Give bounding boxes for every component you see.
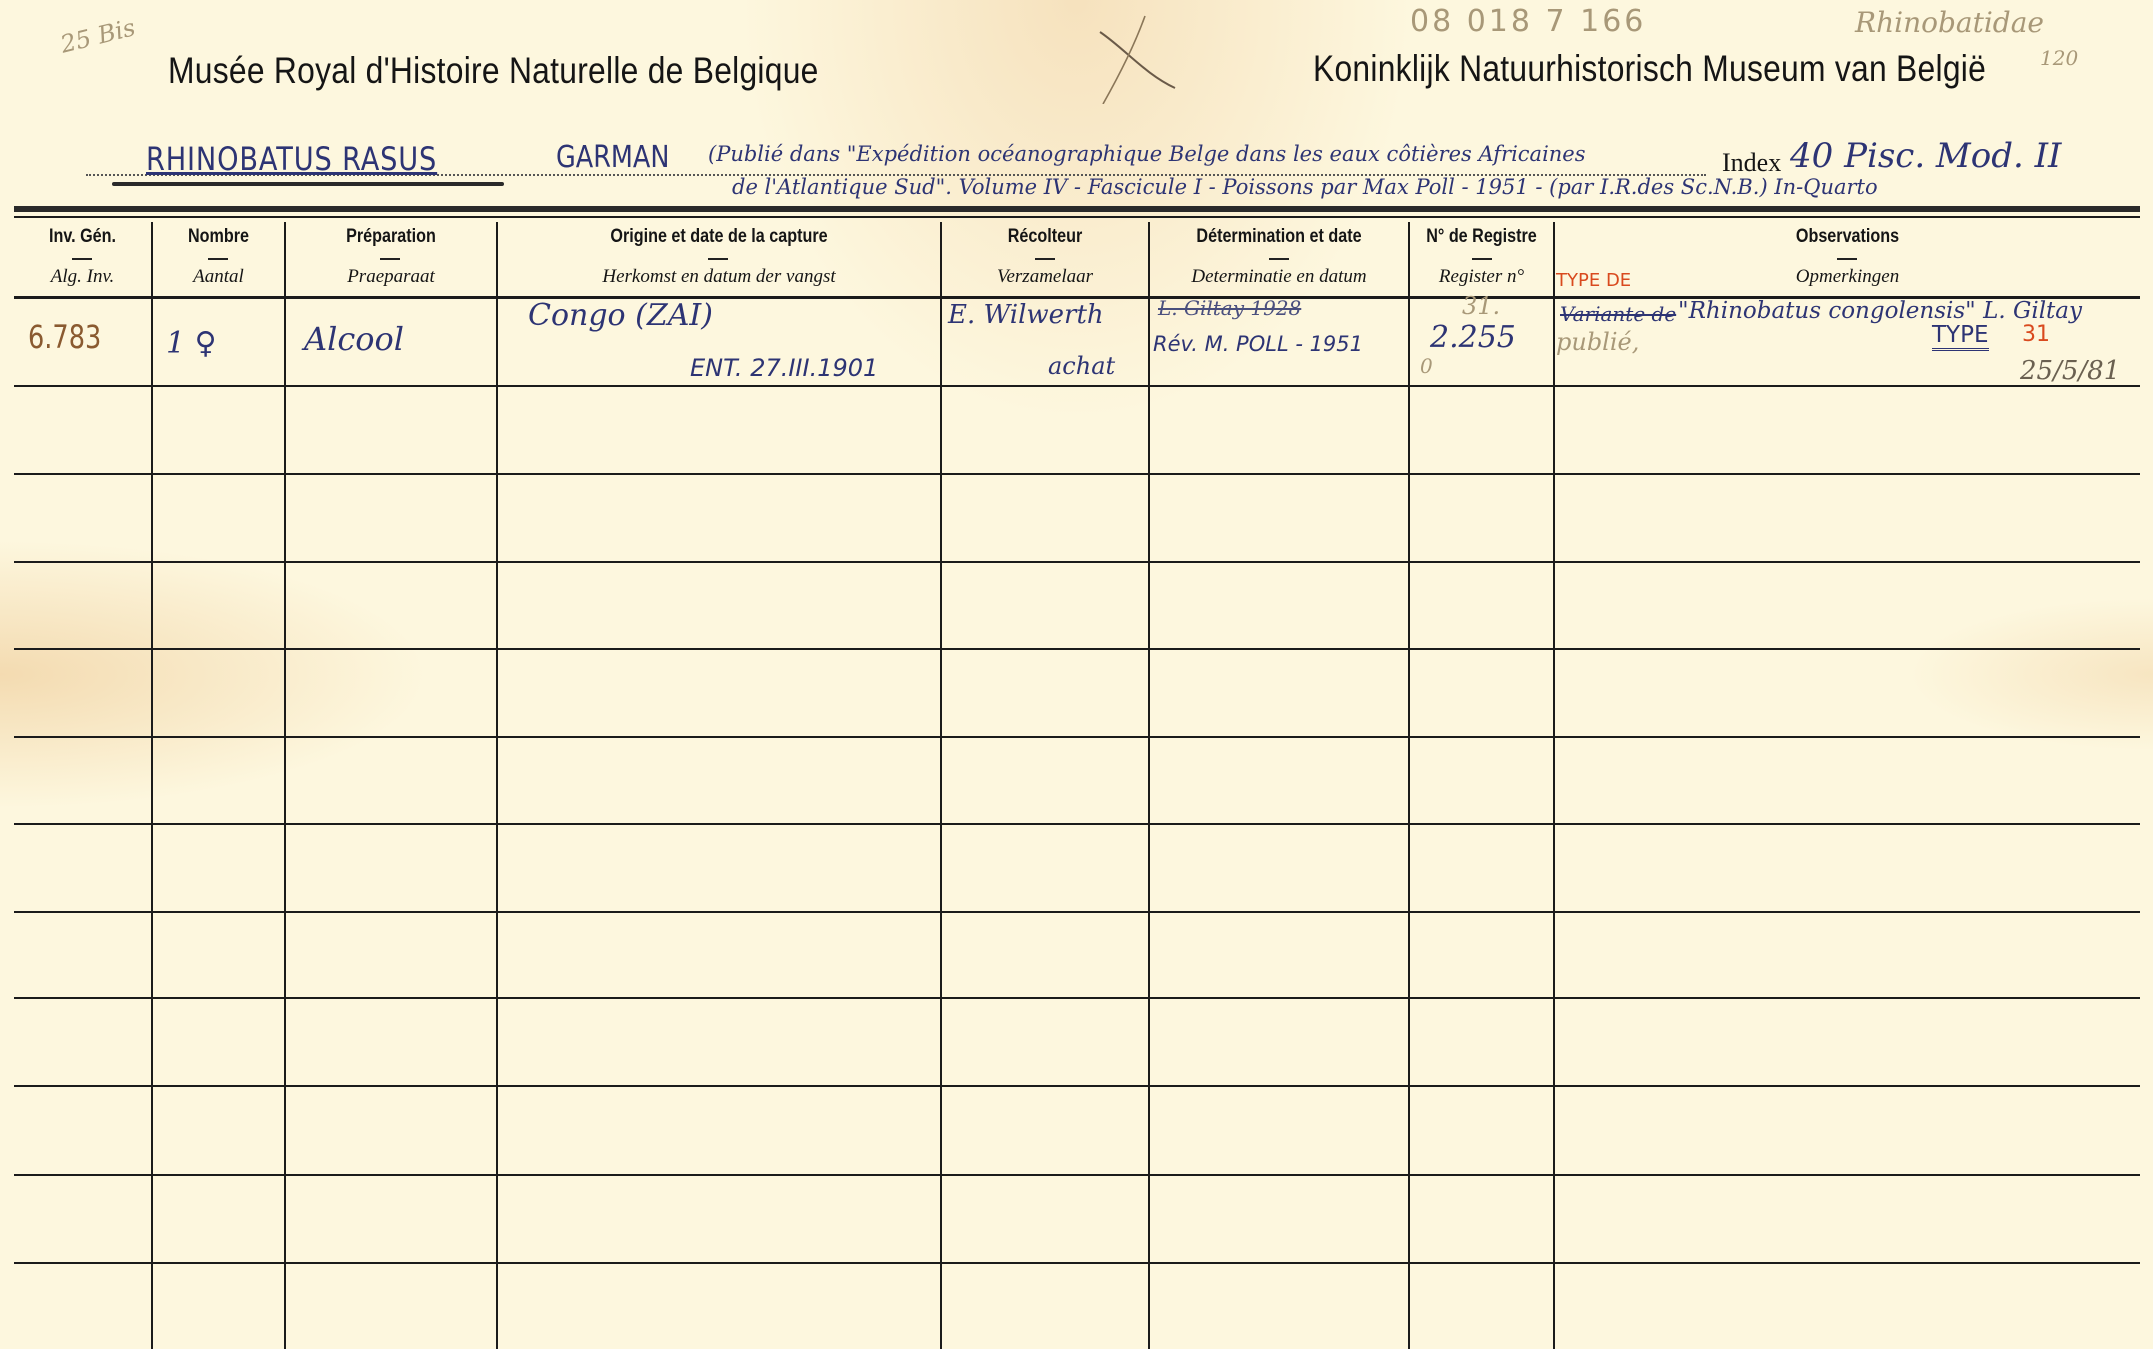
- cell-preparation: Alcool: [304, 320, 404, 358]
- cell-obs-struck: Variante de: [1560, 302, 1676, 326]
- col-subheader-praeparaat: Praeparaat: [286, 266, 496, 288]
- header-dash: [1035, 258, 1055, 260]
- pencil-note-25bis: 25 Bis: [58, 13, 138, 59]
- cell-registre-pencil-2: 0: [1420, 354, 1433, 378]
- header-dash: [1472, 258, 1492, 260]
- empty-rows-region: [14, 387, 2140, 1349]
- cell-recolteur: E. Wilwerth: [948, 300, 1104, 330]
- index-value: 40 Pisc. Mod. II: [1790, 136, 2061, 176]
- cell-recolteur-note: achat: [1048, 352, 1115, 380]
- header-dash: [72, 258, 92, 260]
- col-subheader-register: Register n°: [1410, 266, 1553, 288]
- cell-determination-struck: L. Giltay 1928: [1158, 296, 1301, 320]
- pencil-family: Rhinobatidae: [1855, 6, 2044, 39]
- museum-title-french: Musée Royal d'Histoire Naturelle de Belg…: [168, 50, 819, 92]
- col-header-inv-gen: Inv. Gén.: [24, 226, 140, 248]
- header-dash: [1269, 258, 1289, 260]
- col-header-preparation: Préparation: [302, 226, 481, 248]
- pencil-number: 120: [2040, 46, 2078, 70]
- museum-title-dutch: Koninklijk Natuurhistorisch Museum van B…: [1313, 48, 1986, 90]
- cross-mark-icon: [1095, 14, 1185, 104]
- cell-obs-pencil: publié,: [1556, 328, 1639, 356]
- header-dash: [708, 258, 728, 260]
- col-subheader-herkomst: Herkomst en datum der vangst: [498, 266, 940, 288]
- pencil-catalog-number: 08 018 7 166: [1410, 4, 1646, 39]
- header-thin-rule: [14, 216, 2140, 218]
- header-dash: [1837, 258, 1857, 260]
- cell-obs-type-number: 31: [2022, 322, 2050, 347]
- col-subheader-opmerkingen: Opmerkingen: [1555, 266, 2140, 288]
- obs-type-label: TYPE: [1932, 322, 1989, 348]
- index-label: Index: [1722, 148, 1781, 178]
- col-subheader-alg-inv: Alg. Inv.: [14, 266, 151, 288]
- col-header-recolteur: Récolteur: [957, 226, 1132, 248]
- cell-obs-text: "Rhinobatus congolensis" L. Giltay: [1678, 298, 2082, 324]
- col-header-observations: Observations: [1599, 226, 2096, 248]
- col-subheader-verzamelaar: Verzamelaar: [942, 266, 1148, 288]
- header-dash: [208, 258, 228, 260]
- col-header-registre: N° de Registre: [1421, 226, 1543, 248]
- cell-inv-gen: 6.783: [28, 318, 101, 356]
- cell-obs-type: TYPE: [1932, 322, 1989, 351]
- cell-determination-rev: Rév. M. POLL - 1951: [1153, 332, 1363, 356]
- cell-nombre: 1 ♀: [166, 326, 217, 361]
- col-header-determination: Détermination et date: [1169, 226, 1388, 248]
- col-header-origine: Origine et date de la capture: [531, 226, 907, 248]
- cell-origine: Congo (ZAI): [528, 298, 713, 333]
- publication-line-1: (Publié dans "Expédition océanographique…: [708, 142, 1586, 166]
- col-header-nombre: Nombre: [163, 226, 274, 248]
- header-dash: [380, 258, 400, 260]
- cell-obs-date: 25/5/81: [2020, 356, 2120, 386]
- col-subheader-determinatie: Determinatie en datum: [1150, 266, 1408, 288]
- species-author: GARMAN: [556, 140, 669, 175]
- species-name: RHINOBATUS RASUS: [146, 140, 437, 178]
- col-subheader-aantal: Aantal: [153, 266, 284, 288]
- cell-registre: 2.255: [1430, 320, 1516, 355]
- header-thick-rule: [14, 206, 2140, 212]
- publication-line-2: de l'Atlantique Sud". Volume IV - Fascic…: [732, 175, 1878, 199]
- header-annotation-type-de: TYPE DE: [1556, 270, 1631, 291]
- species-name-text: RHINOBATUS RASUS: [146, 140, 437, 178]
- species-underline: [112, 182, 504, 186]
- cell-registre-pencil: 31.: [1462, 292, 1500, 320]
- cell-date-capture: ENT. 27.III.1901: [690, 354, 878, 382]
